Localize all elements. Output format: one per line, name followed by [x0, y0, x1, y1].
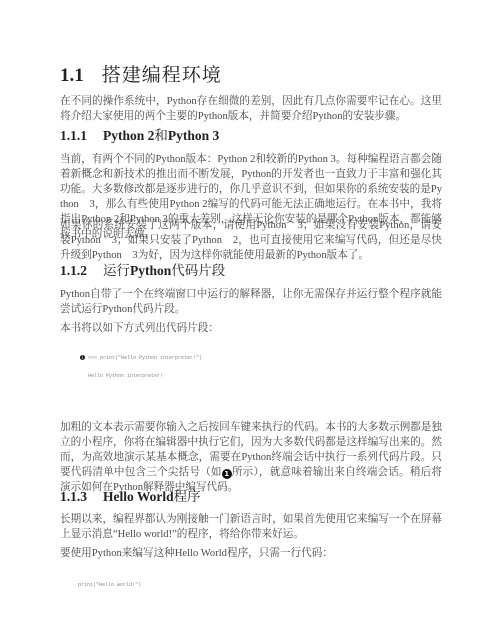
subsection-title-part: 代码片段: [171, 263, 225, 279]
paragraph-version-advice: 如果你的系统安装了这两个版本，请使用Python 3；如果没有安装Python，…: [60, 218, 442, 263]
section-intro-paragraph: 在不同的操作系统中，Python存在细微的差别，因此有几点你需要牢记在心。这里将…: [60, 94, 442, 124]
section-heading: 1.1搭建编程环境: [60, 64, 222, 87]
subsection-title-part: 程序: [174, 489, 201, 505]
code-text: >>> print("Hello Python interpreter!"): [88, 355, 202, 361]
subsection-number: 1.1.2: [60, 263, 87, 278]
code-listing-interpreter: 1>>> print("Hello Python interpreter!") …: [80, 343, 202, 391]
subsection-title-part: Python 3: [168, 128, 219, 143]
subsection-heading-1-1-2: 1.1.2运行Python代码片段: [60, 263, 225, 279]
subsection-number: 1.1.1: [60, 128, 87, 143]
code-line: print("Hello world!"): [78, 582, 141, 588]
code-line: Hello Python interpreter!: [80, 373, 202, 379]
paragraph-hello-world-tradition: 长期以来，编程界都认为刚接触一门新语言时，如果首先使用它来编写一个在屏幕上显示消…: [60, 512, 442, 542]
subsection-title-part: 运行: [103, 263, 130, 279]
code-output-text: Hello Python interpreter!: [88, 373, 163, 379]
subsection-heading-1-1-1: 1.1.1Python 2和Python 3: [60, 128, 219, 144]
code-listing-hello-world: print("Hello world!"): [78, 570, 141, 600]
section-title: 搭建编程环境: [102, 64, 222, 86]
callout-marker-icon: 1: [80, 355, 85, 360]
subsection-number: 1.1.3: [60, 489, 87, 504]
subsection-title-part: Python: [130, 263, 171, 278]
subsection-heading-1-1-3: 1.1.3Hello World程序: [60, 489, 201, 505]
subsection-title-part: Hello World: [103, 489, 174, 504]
paragraph-one-line-code: 要使用Python来编写这种Hello World程序，只需一行代码：: [60, 546, 442, 561]
paragraph-interpreter-intro: Python自带了一个在终端窗口中运行的解释器，让你无需保存并运行整个程序就能尝…: [60, 287, 442, 317]
subsection-title-part: 和: [154, 128, 168, 144]
paragraph-snippet-format: 本书将以如下方式列出代码片段：: [60, 321, 442, 336]
subsection-title-part: Python 2: [103, 128, 154, 143]
paragraph-bold-text-explanation: 加粗的文本表示需要你输入之后按回车键来执行的代码。本书的大多数示例都是独立的小程…: [60, 420, 442, 495]
callout-marker-icon: 1: [222, 469, 232, 479]
code-line: 1>>> print("Hello Python interpreter!"): [80, 355, 202, 361]
section-number: 1.1: [60, 65, 84, 86]
